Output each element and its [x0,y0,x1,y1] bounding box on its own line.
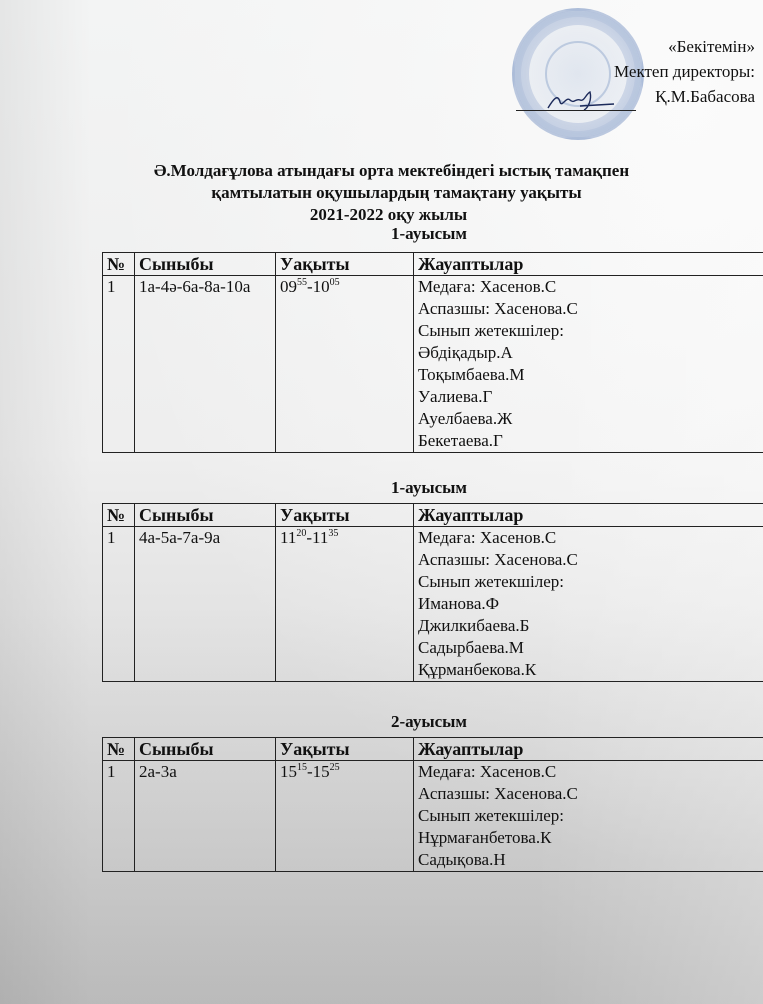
col-responsible-header: Жауаптылар [414,253,763,276]
responsible-line: Аспазшы: Хасенова.С [418,783,763,805]
schedule-table-2: № Сыныбы Уақыты Жауаптылар 1 4а-5а-7а-9а… [102,503,763,682]
director-title: Мектеп директоры: [614,59,755,84]
responsible-line: Медаға: Хасенов.С [418,276,763,298]
table-row: 1 2а-3а 1515-1525 Медаға: Хасенов.С Аспа… [103,761,763,872]
row-classes: 2а-3а [135,761,276,872]
row-number: 1 [103,276,135,453]
responsible-line: Сынып жетекшілер: [418,320,763,342]
table-header-row: № Сыныбы Уақыты Жауаптылар [103,504,763,527]
responsible-line: Аспазшы: Хасенова.С [418,549,763,571]
col-no-header: № [103,738,135,761]
schedule-table-3: № Сыныбы Уақыты Жауаптылар 1 2а-3а 1515-… [102,737,763,872]
col-time-header: Уақыты [276,253,414,276]
responsible-line: Садырбаева.М [418,637,763,659]
responsible-line: Аспазшы: Хасенова.С [418,298,763,320]
title-line-1: Ә.Молдағұлова атындағы орта мектебіндегі… [0,160,763,182]
title-line-3: 2021-2022 оқу жылы [0,204,763,226]
responsible-line: Нұрмағанбетова.К [418,827,763,849]
shift-heading-2: 1-ауысым [0,478,763,498]
row-classes: 4а-5а-7а-9а [135,527,276,682]
responsible-line: Құрманбекова.К [418,659,763,681]
row-time: 1120-1135 [276,527,414,682]
director-name: Қ.М.Бабасова [614,84,755,109]
responsible-line: Сынып жетекшілер: [418,571,763,593]
responsible-line: Әбдіқадыр.А [418,342,763,364]
shift-heading-1: 1-ауысым [0,224,763,244]
row-classes: 1а-4ә-6а-8а-10а [135,276,276,453]
row-responsible: Медаға: Хасенов.С Аспазшы: Хасенова.С Сы… [414,761,763,872]
responsible-line: Иманова.Ф [418,593,763,615]
table-row: 1 1а-4ә-6а-8а-10а 0955-1005 Медаға: Хасе… [103,276,763,453]
signature-line [516,110,636,111]
row-number: 1 [103,761,135,872]
responsible-line: Уалиева.Г [418,386,763,408]
approval-block: «Бекітемін» Мектеп директоры: Қ.М.Бабасо… [614,34,755,109]
approval-label: «Бекітемін» [614,34,755,59]
row-responsible: Медаға: Хасенов.С Аспазшы: Хасенова.С Сы… [414,276,763,453]
col-class-header: Сыныбы [135,253,276,276]
col-time-header: Уақыты [276,738,414,761]
table-header-row: № Сыныбы Уақыты Жауаптылар [103,738,763,761]
col-responsible-header: Жауаптылар [414,738,763,761]
table-header-row: № Сыныбы Уақыты Жауаптылар [103,253,763,276]
col-class-header: Сыныбы [135,504,276,527]
responsible-line: Тоқымбаева.М [418,364,763,386]
signature-icon [514,90,632,112]
responsible-line: Сынып жетекшілер: [418,805,763,827]
col-responsible-header: Жауаптылар [414,504,763,527]
schedule-table-1: № Сыныбы Уақыты Жауаптылар 1 1а-4ә-6а-8а… [102,252,763,453]
shift-heading-3: 2-ауысым [0,712,763,732]
responsible-line: Медаға: Хасенов.С [418,527,763,549]
col-class-header: Сыныбы [135,738,276,761]
row-number: 1 [103,527,135,682]
row-time: 1515-1525 [276,761,414,872]
responsible-line: Бекетаева.Г [418,430,763,452]
table-row: 1 4а-5а-7а-9а 1120-1135 Медаға: Хасенов.… [103,527,763,682]
responsible-line: Медаға: Хасенов.С [418,761,763,783]
responsible-line: Садықова.Н [418,849,763,871]
responsible-line: Ауелбаева.Ж [418,408,763,430]
responsible-line: Джилкибаева.Б [418,615,763,637]
row-time: 0955-1005 [276,276,414,453]
title-line-2: қамтылатын оқушылардың тамақтану уақыты [0,182,763,204]
col-no-header: № [103,253,135,276]
col-no-header: № [103,504,135,527]
row-responsible: Медаға: Хасенов.С Аспазшы: Хасенова.С Сы… [414,527,763,682]
document-title: Ә.Молдағұлова атындағы орта мектебіндегі… [0,160,763,226]
col-time-header: Уақыты [276,504,414,527]
